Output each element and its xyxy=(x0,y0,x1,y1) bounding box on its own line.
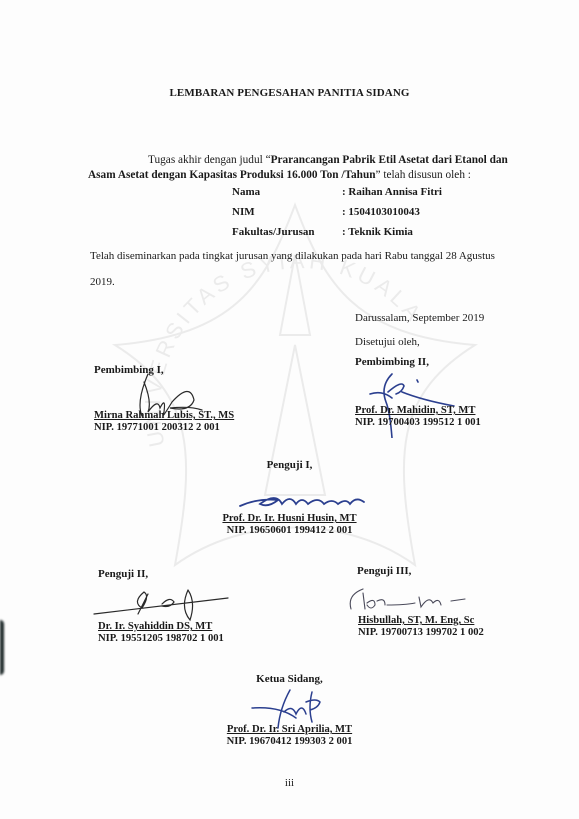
student-identity: Nama : Raihan Annisa Fitri NIM : 1504103… xyxy=(232,186,442,246)
seminar-statement-line-1: Telah diseminarkan pada tingkat jurusan … xyxy=(90,250,495,262)
scan-edge-shadow xyxy=(0,620,4,675)
identity-label: NIM xyxy=(232,206,342,226)
identity-row-name: Nama : Raihan Annisa Fitri xyxy=(232,186,442,206)
penguji-2-role: Penguji II, xyxy=(98,568,148,580)
identity-value: : Raihan Annisa Fitri xyxy=(342,186,442,206)
pembimbing-1-role: Pembimbing I, xyxy=(94,364,164,376)
approved-by: Disetujui oleh, xyxy=(355,336,420,348)
intro-line-2-text: Asam Asetat dengan Kapasitas Produksi 16… xyxy=(88,165,471,185)
penguji-1-signature xyxy=(238,490,368,512)
penguji-2-nip: NIP. 19551205 198702 1 001 xyxy=(98,633,224,645)
penguji-1-role: Penguji I, xyxy=(0,459,579,471)
pembimbing-1-nip: NIP. 19771001 200312 2 001 xyxy=(94,422,234,434)
penguji-3-role: Penguji III, xyxy=(357,565,411,577)
intro-suffix: ” telah disusun oleh : xyxy=(376,169,471,181)
pembimbing-2-nip: NIP. 19700403 199512 1 001 xyxy=(355,417,481,429)
seminar-statement-line-2: 2019. xyxy=(90,276,115,288)
pembimbing-2-name: Prof. Dr. Mahidin, ST, MT xyxy=(355,405,481,417)
document-page: UNIVERSITAS SYIAH KUALA LEMBARAN PENGESA… xyxy=(0,0,579,819)
penguji-3-nip: NIP. 19700713 199702 1 002 xyxy=(358,627,484,639)
penguji-3-signature xyxy=(345,585,475,615)
identity-row-nim: NIM : 1504103010043 xyxy=(232,206,442,226)
identity-value: : Teknik Kimia xyxy=(342,226,413,246)
penguji-3-name: Hisbullah, ST, M. Eng, Sc xyxy=(358,615,484,627)
page-number: iii xyxy=(0,777,579,789)
pembimbing-2-role: Pembimbing II, xyxy=(355,356,429,368)
page-title: LEMBARAN PENGESAHAN PANITIA SIDANG xyxy=(0,87,579,99)
place-date: Darussalam, September 2019 xyxy=(355,312,484,324)
penguji-1-nip: NIP. 19650601 199412 2 001 xyxy=(0,525,579,537)
pembimbing-2-block: Prof. Dr. Mahidin, ST, MT NIP. 19700403 … xyxy=(355,405,481,429)
penguji-3-block: Hisbullah, ST, M. Eng, Sc NIP. 19700713 … xyxy=(358,615,484,639)
thesis-title-line-2: Asam Asetat dengan Kapasitas Produksi 16… xyxy=(88,169,376,181)
identity-label: Fakultas/Jurusan xyxy=(232,226,342,246)
identity-value: : 1504103010043 xyxy=(342,206,420,226)
identity-label: Nama xyxy=(232,186,342,206)
penguji-1-block: Prof. Dr. Ir. Husni Husin, MT NIP. 19650… xyxy=(0,513,579,537)
ketua-sidang-nip: NIP. 19670412 199303 2 001 xyxy=(0,736,579,748)
penguji-2-block: Dr. Ir. Syahiddin DS, MT NIP. 19551205 1… xyxy=(98,621,224,645)
ketua-sidang-name: Prof. Dr. Ir. Sri Aprilia, MT xyxy=(227,724,352,735)
ketua-sidang-role: Ketua Sidang, xyxy=(0,673,579,685)
ketua-sidang-block: Prof. Dr. Ir. Sri Aprilia, MT NIP. 19670… xyxy=(0,724,579,748)
penguji-1-name: Prof. Dr. Ir. Husni Husin, MT xyxy=(222,513,356,524)
penguji-2-signature xyxy=(92,588,232,624)
pembimbing-1-block: Mirna Rahmah Lubis, ST., MS NIP. 1977100… xyxy=(94,410,234,434)
identity-row-faculty: Fakultas/Jurusan : Teknik Kimia xyxy=(232,226,442,246)
penguji-2-name: Dr. Ir. Syahiddin DS, MT xyxy=(98,621,224,633)
pembimbing-1-name: Mirna Rahmah Lubis, ST., MS xyxy=(94,410,234,422)
